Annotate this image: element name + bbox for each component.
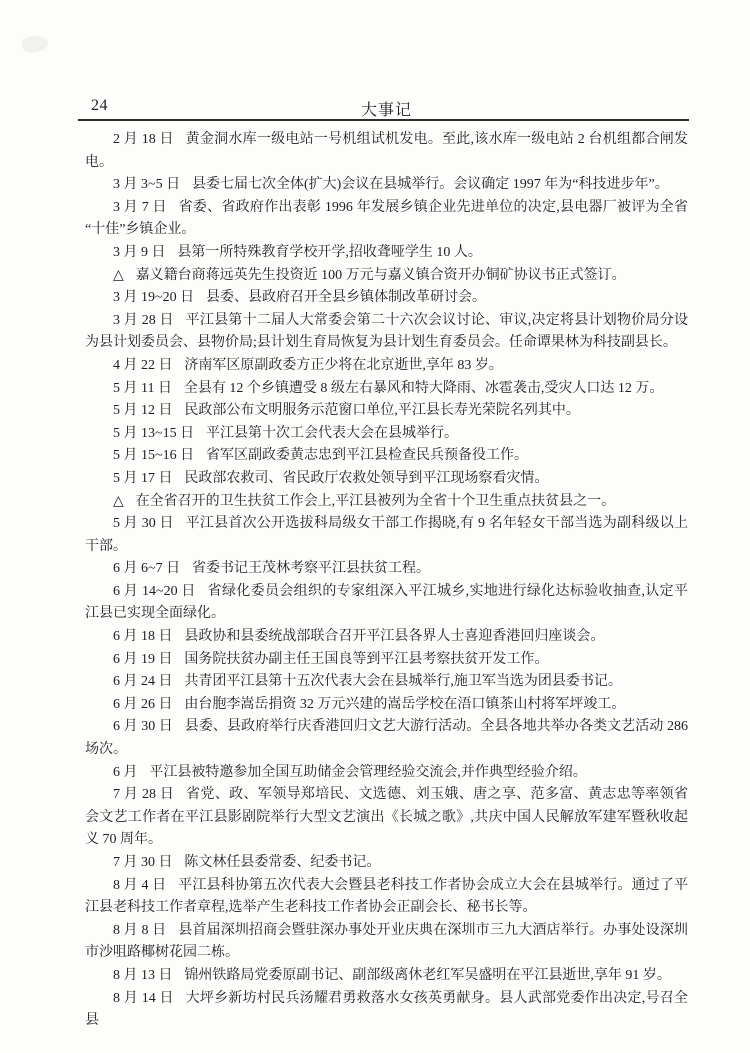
entry-date: 3 月 3~5 日 [113,177,180,192]
entry-date: 5 月 17 日 [113,471,173,486]
entry-text: 县第一所特殊教育学校开学,招收聋哑学生 10 人。 [177,245,482,260]
entry-date: 7 月 30 日 [113,855,173,870]
entry-date: 8 月 8 日 [113,923,166,938]
entry-date: △ [113,494,124,509]
entry-text: 陈文林任县委常委、纪委书记。 [184,855,380,870]
entry-date: 6 月 6~7 日 [113,561,180,576]
entry-date: 8 月 4 日 [113,878,166,893]
entry-date: 6 月 30 日 [113,719,173,734]
entry-date: 6 月 [113,765,138,780]
chronicle-entry: 5 月 12 日民政部公布文明服务示范窗口单位,平江县长寿光荣院名列其中。 [85,400,688,423]
entry-text: 国务院扶贫办副主任王国良等到平江县考察扶贫开发工作。 [184,652,548,667]
entry-date: 2 月 18 日 [113,132,174,147]
entry-text: 黄金洞水库一级电站一号机组试机发电。至此,该水库一级电站 2 台机组都合闸发电。 [85,132,688,170]
chronicle-entry: 6 月平江县被特邀参加全国互助储金会管理经验交流会,并作典型经验介绍。 [85,762,688,785]
chronicle-entry: 5 月 17 日民政部农救司、省民政厅农救处领导到平江现场察看灾情。 [85,468,688,491]
chronicle-entry: 6 月 19 日国务院扶贫办副主任王国良等到平江县考察扶贫开发工作。 [85,649,688,672]
entry-text: 省委书记王茂林考察平江县扶贫工程。 [192,561,430,576]
entry-date: 5 月 30 日 [113,516,174,531]
entry-date: 4 月 22 日 [113,358,173,373]
entry-date: 3 月 9 日 [113,245,166,260]
entry-text: 县委七届七次全体(扩大)会议在县城举行。会议确定 1997 年为“科技进步年”。 [192,177,669,192]
scanned-book-page: 24 大事记 2 月 18 日黄金洞水库一级电站一号机组试机发电。至此,该水库一… [0,0,750,1053]
chronicle-entry: 3 月 9 日县第一所特殊教育学校开学,招收聋哑学生 10 人。 [85,242,688,265]
entry-date: 5 月 15~16 日 [113,448,194,463]
chronicle-entry: 8 月 4 日平江县科协第五次代表大会暨县老科技工作者协会成立大会在县城举行。通… [85,875,688,920]
chronicle-entry: 5 月 30 日平江县首次公开选拔科局级女干部工作揭晓,有 9 名年轻女干部当选… [85,513,688,558]
chronicle-entry: △嘉义籍台商蒋远英先生投资近 100 万元与嘉义镇合资开办铜矿协议书正式签订。 [85,265,688,288]
entry-text: 省党、政、军领导郑培民、文选德、刘玉娥、唐之享、范多富、黄志忠等率领省会文艺工作… [85,787,688,847]
entry-date: 8 月 13 日 [113,968,173,983]
chronicle-entry: 5 月 15~16 日省军区副政委黄志忠到平江县检查民兵预备役工作。 [85,445,688,468]
entry-date: 6 月 19 日 [113,652,173,667]
entry-text: 县委、县政府举行庆香港回归文艺大游行活动。全县各地共举办各类文艺活动 286 场… [85,719,688,757]
chronicle-entry: 2 月 18 日黄金洞水库一级电站一号机组试机发电。至此,该水库一级电站 2 台… [85,129,688,174]
page-header: 24 大事记 [85,97,688,117]
chronicle-entry: 6 月 30 日县委、县政府举行庆香港回归文艺大游行活动。全县各地共举办各类文艺… [85,716,688,761]
entry-text: 平江县科协第五次代表大会暨县老科技工作者协会成立大会在县城举行。通过了平江县老科… [85,878,688,916]
entry-text: 由台胞李嵩岳捐资 32 万元兴建的嵩岳学校在浯口镇茶山村将军坪竣工。 [184,697,625,712]
entry-text: 民政部公布文明服务示范窗口单位,平江县长寿光荣院名列其中。 [184,403,580,418]
entry-text: 在全省召开的卫生扶贫工作会上,平江县被列为全省十个卫生重点扶贫县之一。 [136,494,616,509]
entry-text: 民政部农救司、省民政厅农救处领导到平江现场察看灾情。 [184,471,548,486]
entry-text: 县政协和县委统战部联合召开平江县各界人士喜迎香港回归座谈会。 [184,629,604,644]
chronicle-entry: 7 月 30 日陈文林任县委常委、纪委书记。 [85,852,688,875]
entry-date: 6 月 18 日 [113,629,173,644]
entry-date: 3 月 28 日 [113,313,174,328]
chronicle-entry: 6 月 24 日共青团平江县第十五次代表大会在县城举行,施卫军当选为团县委书记。 [85,671,688,694]
chronicle-entry: 4 月 22 日济南军区原副政委方正少将在北京逝世,享年 83 岁。 [85,355,688,378]
chronicle-entry: 8 月 8 日县首届深圳招商会暨驻深办事处开业庆典在深圳市三九大酒店举行。办事处… [85,920,688,965]
entry-date: 5 月 12 日 [113,403,173,418]
chronicle-entry: 5 月 13~15 日平江县第十次工会代表大会在县城举行。 [85,423,688,446]
entry-date: 5 月 13~15 日 [113,426,194,441]
entry-text: 县首届深圳招商会暨驻深办事处开业庆典在深圳市三九大酒店举行。办事处设深圳市沙咀路… [85,923,688,961]
entry-date: 6 月 14~20 日 [113,584,196,599]
page-title: 大事记 [85,97,688,120]
chronicle-entry: 6 月 26 日由台胞李嵩岳捐资 32 万元兴建的嵩岳学校在浯口镇茶山村将军坪竣… [85,694,688,717]
chronicle-entry: 6 月 14~20 日省绿化委员会组织的专家组深入平江城乡,实地进行绿化达标验收… [85,581,688,626]
entry-date: 7 月 28 日 [113,787,174,802]
entry-text: 平江县第十二届人大常委会第二十六次会议讨论、审议,决定将县计划物价局分设为县计划… [85,313,688,351]
header-divider [78,119,689,121]
entry-date: 3 月 19~20 日 [113,290,194,305]
entry-text: 全县有 12 个乡镇遭受 8 级左右暴风和特大降雨、冰雹袭击,受灾人口达 12 … [184,381,664,396]
chronicle-entry: 7 月 28 日省党、政、军领导郑培民、文选德、刘玉娥、唐之享、范多富、黄志忠等… [85,784,688,852]
chronicle-entry: 8 月 14 日大坪乡新坊村民兵汤耀君勇救落水女孩英勇献身。县人武部党委作出决定… [85,988,688,1033]
entry-text: 县委、县政府召开全县乡镇体制改革研讨会。 [206,290,486,305]
entry-text: 共青团平江县第十五次代表大会在县城举行,施卫军当选为团县委书记。 [184,674,622,689]
chronicle-entry: 6 月 6~7 日省委书记王茂林考察平江县扶贫工程。 [85,558,688,581]
entry-date: 5 月 11 日 [113,381,172,396]
entry-text: 济南军区原副政委方正少将在北京逝世,享年 83 岁。 [184,358,503,373]
chronicle-entry: 6 月 18 日县政协和县委统战部联合召开平江县各界人士喜迎香港回归座谈会。 [85,626,688,649]
chronicle-entry: 3 月 3~5 日县委七届七次全体(扩大)会议在县城举行。会议确定 1997 年… [85,174,688,197]
entry-text: 大坪乡新坊村民兵汤耀君勇救落水女孩英勇献身。县人武部党委作出决定,号召全县 [85,991,688,1029]
entry-date: 8 月 14 日 [113,991,174,1006]
entry-text: 平江县被特邀参加全国互助储金会管理经验交流会,并作典型经验介绍。 [149,765,587,780]
chronicle-entry: 8 月 13 日锦州铁路局党委原副书记、副部级离休老红军吴盛明在平江县逝世,享年… [85,965,688,988]
entry-date: 6 月 24 日 [113,674,173,689]
chronicle-entry: △在全省召开的卫生扶贫工作会上,平江县被列为全省十个卫生重点扶贫县之一。 [85,491,688,514]
chronicle-entry: 5 月 11 日全县有 12 个乡镇遭受 8 级左右暴风和特大降雨、冰雹袭击,受… [85,378,688,401]
entry-date: △ [113,268,124,283]
entry-text: 锦州铁路局党委原副书记、副部级离休老红军吴盛明在平江县逝世,享年 91 岁。 [184,968,671,983]
chronicle-entry: 3 月 19~20 日县委、县政府召开全县乡镇体制改革研讨会。 [85,287,688,310]
chronicle-entry: 3 月 7 日省委、省政府作出表彰 1996 年发展乡镇企业先进单位的决定,县电… [85,197,688,242]
entry-text: 嘉义籍台商蒋远英先生投资近 100 万元与嘉义镇合资开办铜矿协议书正式签订。 [136,268,626,283]
entry-text: 平江县第十次工会代表大会在县城举行。 [206,426,458,441]
chronicle-entry: 3 月 28 日平江县第十二届人大常委会第二十六次会议讨论、审议,决定将县计划物… [85,310,688,355]
scan-artifact [21,34,49,53]
entry-text: 省委、省政府作出表彰 1996 年发展乡镇企业先进单位的决定,县电器厂被评为全省… [85,200,688,238]
entry-text: 省军区副政委黄志忠到平江县检查民兵预备役工作。 [206,448,528,463]
entry-date: 6 月 26 日 [113,697,173,712]
entry-date: 3 月 7 日 [113,200,167,215]
entry-text: 平江县首次公开选拔科局级女干部工作揭晓,有 9 名年轻女干部当选为副科级以上干部… [85,516,688,554]
chronicle-entries: 2 月 18 日黄金洞水库一级电站一号机组试机发电。至此,该水库一级电站 2 台… [85,129,688,1033]
